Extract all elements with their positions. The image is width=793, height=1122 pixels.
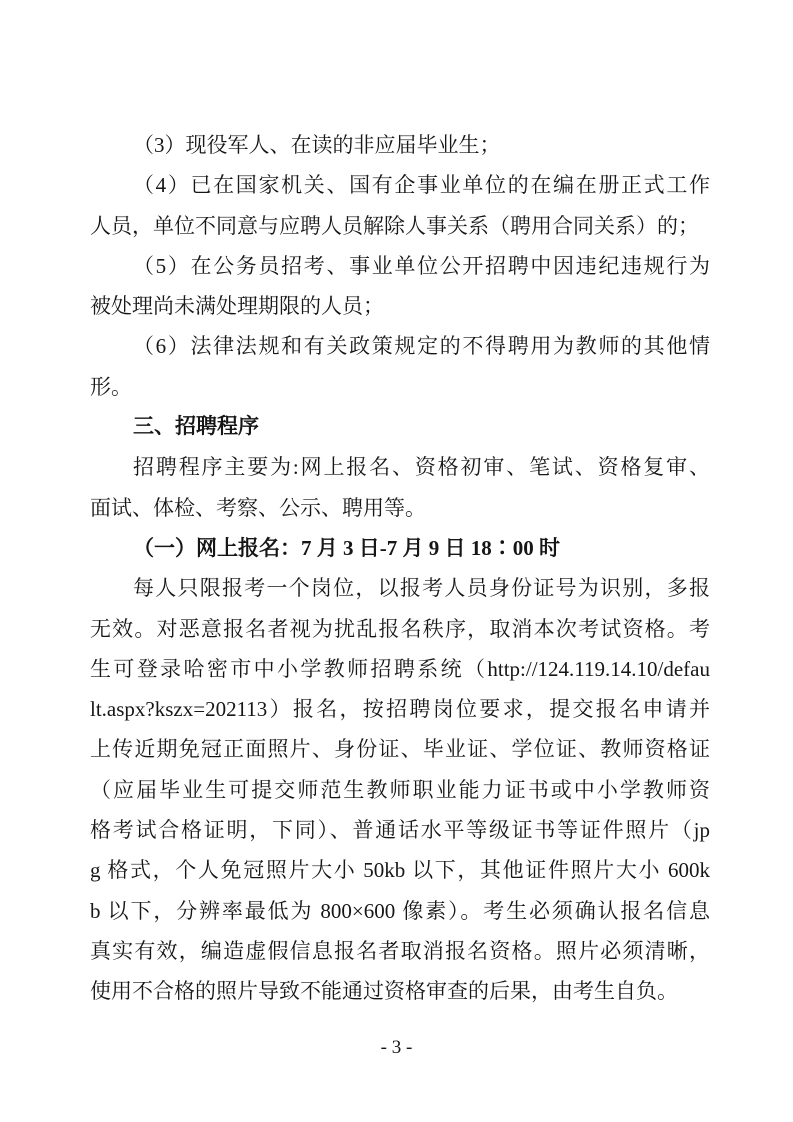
text-line: （6）法律法规和有关政策规定的不得聘用为教师的其他情 [90,326,710,366]
document-page: （3）现役军人、在读的非应届毕业生；（4）已在国家机关、国有企事业单位的在编在册… [0,0,793,1122]
text-line: 人员，单位不同意与应聘人员解除人事关系（聘用合同关系）的； [90,206,710,246]
text-line: （应届毕业生可提交师范生教师职业能力证书或中小学教师资 [90,770,710,810]
text-line: 无效。对恶意报名者视为扰乱报名秩序，取消本次考试资格。考 [90,609,710,649]
text-line: （3）现役军人、在读的非应届毕业生； [90,125,710,165]
text-line: lt.aspx?kszx=202113）报名，按招聘岗位要求，提交报名申请并 [90,689,710,729]
text-line: （5）在公务员招考、事业单位公开招聘中因违纪违规行为 [90,246,710,286]
text-line: b 以下，分辨率最低为 800×600 像素）。考生必须确认报名信息 [90,891,710,931]
text-line: 面试、体检、考察、公示、聘用等。 [90,488,710,528]
text-line: 真实有效，编造虚假信息报名者取消报名资格。照片必须清晰， [90,931,710,971]
text-line: 格考试合格证明，下同）、普通话水平等级证书等证件照片（jp [90,810,710,850]
page-number: - 3 - [0,1036,793,1060]
text-line: 每人只限报考一个岗位，以报考人员身份证号为识别，多报 [90,568,710,608]
text-line: 使用不合格的照片导致不能通过资格审查的后果，由考生自负。 [90,971,710,1011]
text-line: 三、招聘程序 [90,407,710,447]
document-body: （3）现役军人、在读的非应届毕业生；（4）已在国家机关、国有企事业单位的在编在册… [90,125,710,1012]
text-line: 形。 [90,367,710,407]
text-line: 上传近期免冠正面照片、身份证、毕业证、学位证、教师资格证 [90,729,710,769]
text-line: 被处理尚未满处理期限的人员； [90,286,710,326]
text-line: （一）网上报名：7 月 3 日-7 月 9 日 18∶00 时 [90,528,710,568]
text-line: g 格式，个人免冠照片大小 50kb 以下，其他证件照片大小 600k [90,850,710,890]
text-line: 招聘程序主要为:网上报名、资格初审、笔试、资格复审、 [90,447,710,487]
text-line: 生可登录哈密市中小学教师招聘系统（http://124.119.14.10/de… [90,649,710,689]
text-line: （4）已在国家机关、国有企事业单位的在编在册正式工作 [90,165,710,205]
